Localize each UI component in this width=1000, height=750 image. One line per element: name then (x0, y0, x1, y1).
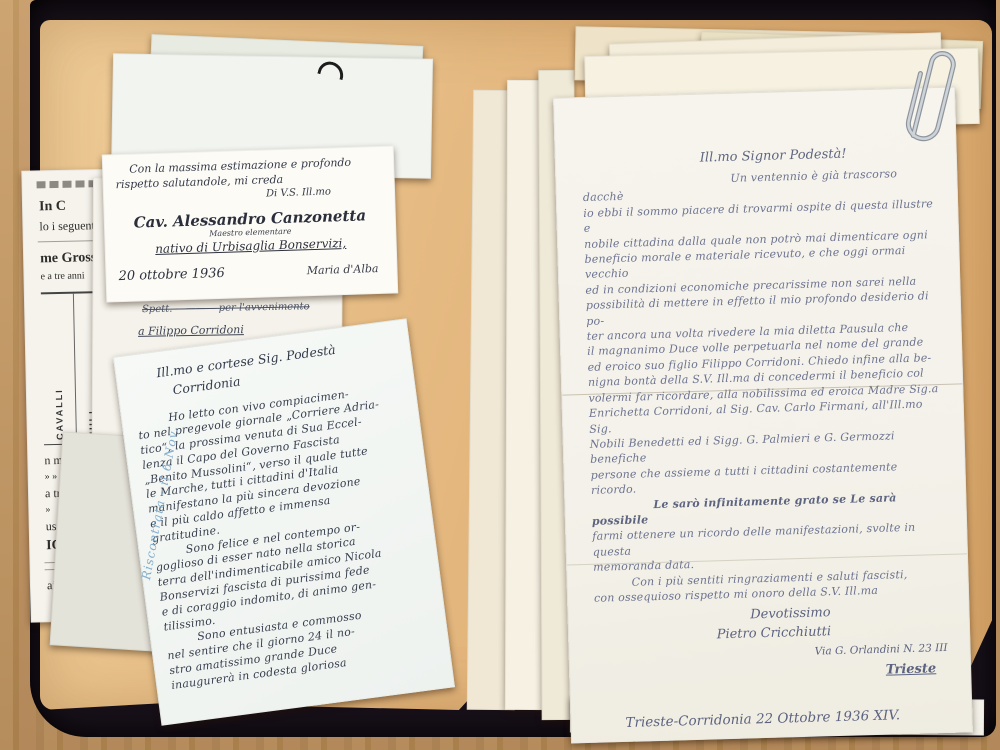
right-letter-closing: Devotissimo Pietro Cricchiutti (594, 602, 947, 646)
clip-mark (317, 59, 346, 80)
card-footer: 20 ottobre 1936 Maria d'Alba (118, 260, 384, 283)
letter-dateline: Trieste-Corridonia 22 Ottobre 1936 XIV. (625, 706, 949, 731)
right-letter-body: Un ventennio è già trascorso dacchèio eb… (582, 165, 946, 606)
center-handwritten-letter: Ill.mo e cortese Sig. PodestàCorridonia … (113, 318, 455, 725)
center-letter-body: Ho letto con vivo compiacimen-to nel pre… (136, 380, 436, 693)
corridoni-annotation: a Filippo Corridoni (138, 323, 244, 338)
table-column-header: CAVALLI (41, 294, 77, 445)
archive-photo: In C lo i seguenti me Grosso e a tre ann… (0, 0, 1000, 750)
card-date: 20 ottobre 1936 (118, 266, 225, 284)
right-handwritten-letter: Ill.mo Signor Podestà! Un ventennio è gi… (553, 87, 973, 744)
right-letter-heading: Ill.mo Signor Podestà! (700, 144, 934, 166)
signature: Pietro Cricchiutti (717, 625, 832, 643)
visiting-card: Con la massima estimazione e profondo ri… (102, 145, 399, 302)
sender-address: Via G. Orlandini N. 23 III Trieste (596, 640, 949, 690)
card-place: Maria d'Alba (307, 262, 379, 277)
